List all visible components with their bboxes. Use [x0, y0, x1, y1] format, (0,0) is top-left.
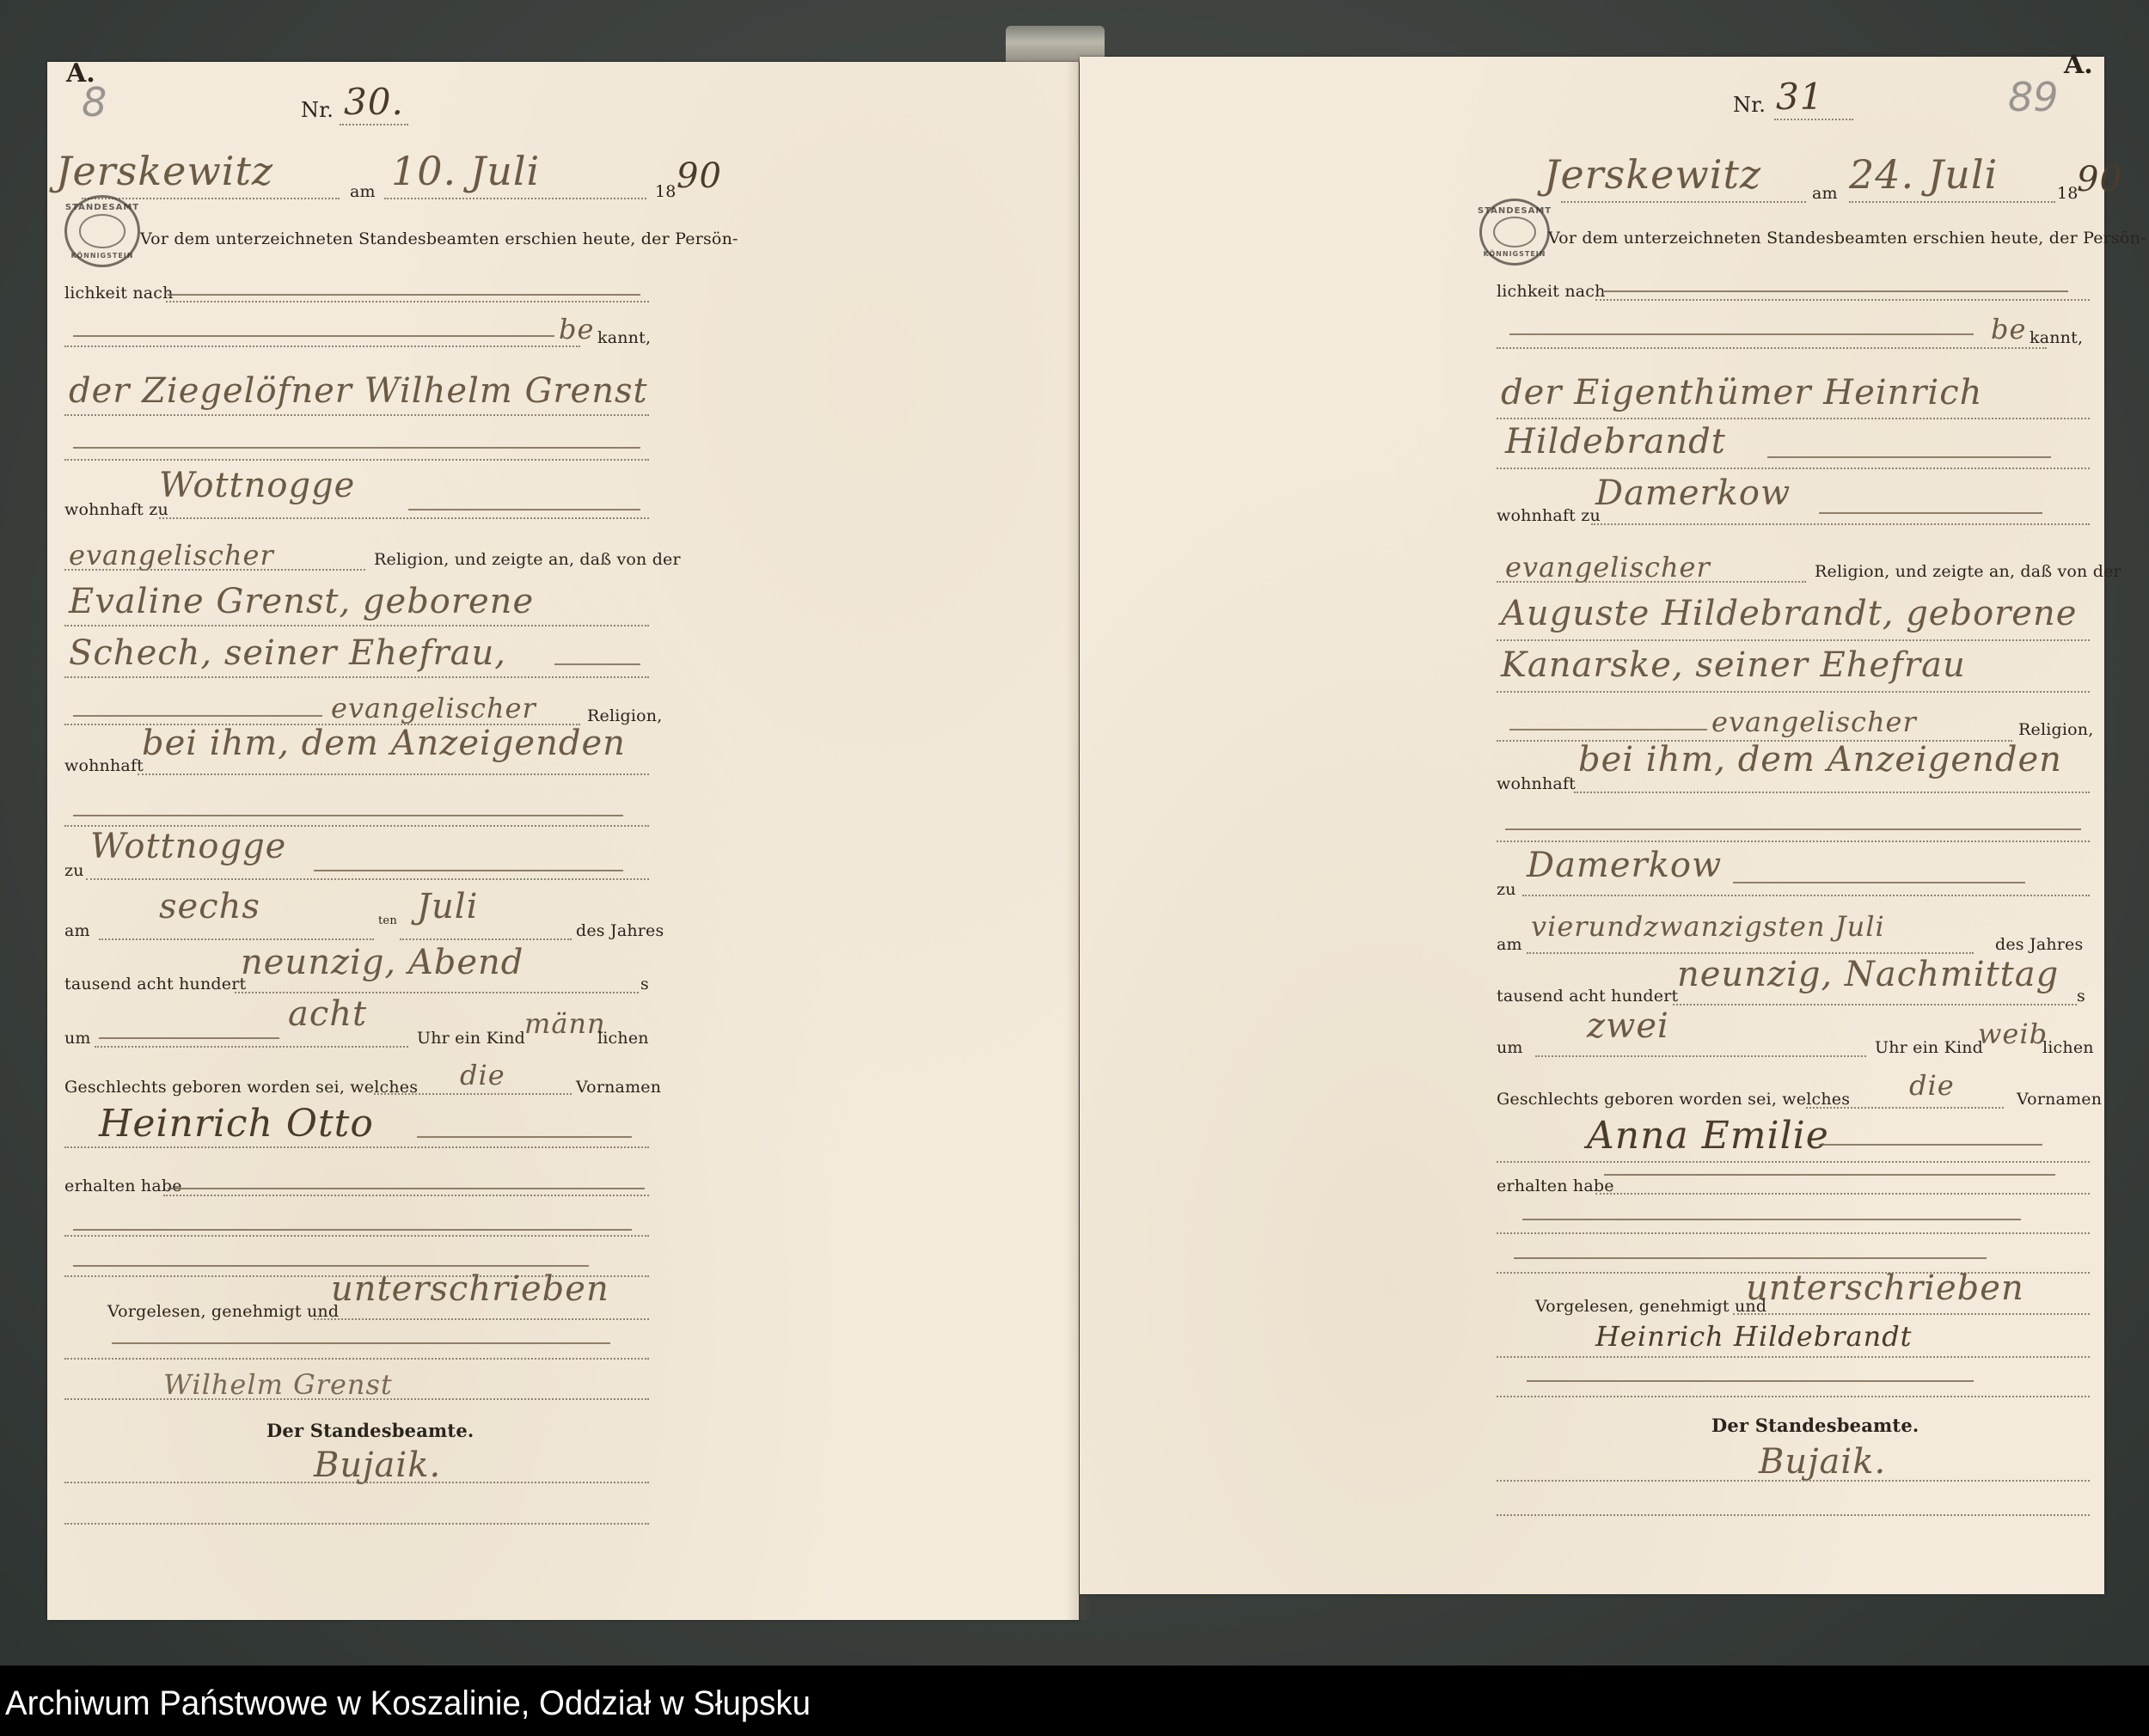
lichen-label: lichen [2042, 1038, 2094, 1057]
am-day-label: am [64, 921, 90, 940]
s-suffix: s [2077, 987, 2085, 1006]
informant-religion: evangelischer [1505, 551, 1711, 584]
um-label: um [1497, 1038, 1523, 1057]
tausend-label: tausend acht hundert [1497, 987, 1678, 1006]
informant-residence: Wottnogge [159, 466, 355, 505]
birth-day-month: vierundzwanzigsten Juli [1531, 910, 1885, 943]
religion-line: Religion, und zeigte an, daß von der [374, 550, 681, 569]
des-jahres-label: des Jahres [1995, 935, 2083, 954]
bekannt-hand: be [559, 313, 594, 345]
mother-residence: bei ihm, dem Anzeigenden [142, 724, 626, 763]
right-page: A. 89 Nr. 31 Jerskewitz am 24. Juli 18 9… [1080, 57, 2104, 1594]
vornamen-label: Vornamen [2017, 1090, 2102, 1109]
bekannt-hand: be [1991, 313, 2026, 345]
zu-label: zu [1497, 880, 1516, 899]
record-number-label: Nr. [1733, 93, 1766, 117]
lichkeit-label: lichkeit nach [64, 284, 174, 303]
bekannt-label: kannt, [2030, 328, 2083, 347]
informant-name: der Ziegelöfner Wilhelm Grenst [69, 371, 648, 411]
geschlechts-line: Geschlechts geboren worden sei, welches [1497, 1090, 1850, 1109]
child-sex: weib [1978, 1018, 2048, 1050]
left-page: A. 8 Nr. 30. Jerskewitz am 10. Juli 18 9… [47, 62, 1079, 1620]
pencil-mark: 8 [82, 79, 107, 125]
informant-name-line1: der Eigenthümer Heinrich [1501, 373, 1982, 413]
wohnhaft-label: wohnhaft [1497, 774, 1576, 793]
mother-name-line1: Auguste Hildebrandt, geborene [1501, 594, 2077, 633]
vornamen-label: Vornamen [576, 1078, 661, 1097]
geschlechts-line: Geschlechts geboren worden sei, welches [64, 1078, 418, 1097]
birth-month: Juli [417, 887, 478, 926]
registry-stamp: STANDESAMT KÖNNIGSTEIN [1479, 199, 1550, 266]
birth-year-words: neunzig, Nachmittag [1677, 955, 2059, 994]
erhalten-label: erhalten habe [64, 1177, 182, 1195]
record-number-label: Nr. [301, 98, 334, 122]
mother-religion-label: Religion, [587, 706, 662, 725]
year-prefix: 18 [655, 182, 677, 201]
official-label: Der Standesbeamte. [266, 1420, 474, 1441]
birth-place: Wottnogge [90, 827, 286, 866]
birth-hour: zwei [1587, 1006, 1669, 1046]
year-prefix: 18 [2057, 184, 2079, 203]
mother-residence: bei ihm, dem Anzeigenden [1578, 740, 2062, 779]
birth-year-words: neunzig, Abend [241, 943, 523, 982]
corner-mark: A. [2064, 50, 2093, 80]
child-name: Heinrich Otto [99, 1102, 374, 1146]
uhr-label: Uhr ein Kind [417, 1029, 525, 1048]
registry-stamp: STANDESAMT KÖNNIGSTEIN [64, 195, 140, 267]
mother-religion-label: Religion, [2018, 720, 2093, 739]
s-suffix: s [640, 975, 649, 993]
birth-hour: acht [288, 994, 367, 1034]
pencil-mark: 89 [2008, 74, 2059, 120]
am-label: am [350, 182, 376, 201]
registry-place: Jerskewitz [56, 148, 273, 194]
mother-name-line2: Schech, seiner Ehefrau, [69, 633, 506, 673]
intro-line: Vor dem unterzeichneten Standesbeamten e… [1548, 229, 2146, 248]
registry-date: 10. Juli [391, 148, 540, 194]
archive-caption-bar: Archiwum Państwowe w Koszalinie, Oddział… [0, 1666, 2149, 1736]
birth-place: Damerkow [1527, 846, 1722, 885]
uhr-label: Uhr ein Kind [1875, 1038, 1983, 1057]
lichen-label: lichen [597, 1029, 649, 1048]
official-label: Der Standesbeamte. [1711, 1415, 1919, 1436]
mother-name-line2: Kanarske, seiner Ehefrau [1501, 645, 1966, 685]
informant-religion: evangelischer [69, 539, 274, 572]
official-signature: Bujaik. [1759, 1442, 1886, 1482]
wohnhaft-zu-label: wohnhaft zu [64, 500, 168, 519]
vorgelesen-label: Vorgelesen, genehmigt und [1535, 1297, 1766, 1316]
registry-place: Jerskewitz [1544, 151, 1761, 198]
am-label: am [1812, 184, 1838, 203]
informant-name-line2: Hildebrandt [1505, 422, 1726, 462]
unterschrieben-hand: unterschrieben [1746, 1268, 2024, 1308]
religion-line: Religion, und zeigte an, daß von der [1815, 562, 2121, 581]
vorgelesen-label: Vorgelesen, genehmigt und [107, 1302, 339, 1321]
informant-residence: Damerkow [1595, 474, 1791, 513]
mother-name-line1: Evaline Grenst, geborene [69, 582, 534, 621]
birth-day: sechs [159, 887, 260, 926]
archive-caption: Archiwum Państwowe w Koszalinie, Oddział… [5, 1684, 811, 1723]
informant-signature: Heinrich Hildebrandt [1595, 1320, 1913, 1353]
welches-hand: die [1909, 1069, 1955, 1102]
lichkeit-label: lichkeit nach [1497, 282, 1606, 301]
record-number: 30. [344, 81, 404, 123]
am-day-label: am [1497, 935, 1522, 954]
welches-hand: die [460, 1059, 505, 1091]
mother-religion: evangelischer [331, 692, 536, 724]
mother-religion: evangelischer [1711, 706, 1917, 738]
year-suffix: 90 [677, 156, 722, 196]
child-sex: männ [524, 1007, 606, 1040]
zu-label: zu [64, 861, 84, 880]
intro-line: Vor dem unterzeichneten Standesbeamten e… [140, 229, 738, 248]
bekannt-label: kannt, [597, 328, 651, 347]
ten-label: ten [378, 914, 397, 927]
des-jahres-label: des Jahres [576, 921, 664, 940]
record-number: 31 [1776, 76, 1823, 118]
wohnhaft-zu-label: wohnhaft zu [1497, 506, 1601, 525]
year-suffix: 90 [2077, 160, 2122, 199]
tausend-label: tausend acht hundert [64, 975, 246, 993]
wohnhaft-label: wohnhaft [64, 756, 144, 775]
informant-signature: Wilhelm Grenst [163, 1368, 393, 1401]
um-label: um [64, 1029, 91, 1048]
registry-date: 24. Juli [1849, 151, 1998, 198]
unterschrieben-hand: unterschrieben [331, 1269, 609, 1309]
child-name: Anna Emilie [1587, 1114, 1829, 1158]
official-signature: Bujaik. [314, 1446, 441, 1485]
